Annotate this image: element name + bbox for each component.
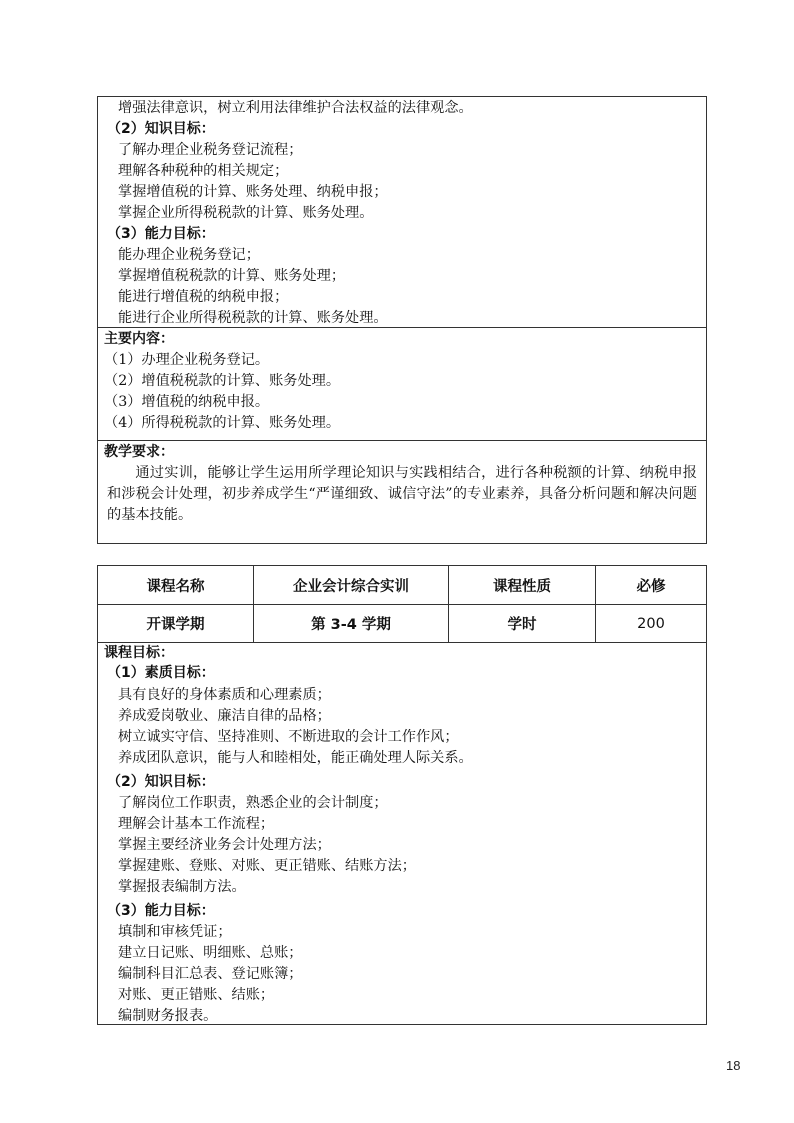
main-content-item: （3）增值税的纳税申报。: [104, 392, 700, 413]
objective-line: 增强法律意识，树立利用法律维护合法权益的法律观念。: [104, 98, 700, 119]
knowledge-item: 理解会计基本工作流程；: [104, 814, 700, 835]
course-objectives-heading: 课程目标：: [104, 643, 700, 663]
ability-item: 建立日记账、明细账、总账；: [104, 943, 700, 964]
teaching-requirements-cell: 教学要求： 通过实训，能够让学生运用所学理论知识与实践相结合，进行各种税额的计算…: [98, 440, 706, 543]
main-content-item: （4）所得税税款的计算、账务处理。: [104, 413, 700, 434]
main-content-item: （1）办理企业税务登记。: [104, 350, 700, 371]
main-content-heading: 主要内容：: [104, 329, 700, 350]
knowledge-item: 理解各种税种的相关规定；: [104, 161, 700, 182]
quality-item: 树立诚实守信、坚持准则、不断进取的会计工作作风；: [104, 727, 700, 748]
ability-item: 能办理企业税务登记；: [104, 245, 700, 266]
hours-label: 学时: [448, 605, 595, 642]
knowledge-item: 了解办理企业税务登记流程；: [104, 140, 700, 161]
course-name-value: 企业会计综合实训: [253, 566, 448, 604]
ability-item: 编制财务报表。: [104, 1006, 700, 1027]
ability-heading: （3）能力目标：: [104, 898, 700, 922]
teaching-requirements-heading: 教学要求：: [104, 442, 700, 463]
knowledge-heading: （2）知识目标：: [104, 769, 700, 793]
semester-value: 第 3-4 学期: [253, 605, 448, 642]
ability-item: 能进行企业所得税税款的计算、账务处理。: [104, 308, 700, 329]
course-info-row-1: 课程名称 企业会计综合实训 课程性质 必修: [98, 566, 706, 604]
knowledge-item: 掌握主要经济业务会计处理方法；: [104, 835, 700, 856]
ability-item: 编制科目汇总表、登记账簿；: [104, 964, 700, 985]
semester-label: 开课学期: [98, 605, 253, 642]
objectives-continued-cell: 增强法律意识，树立利用法律维护合法权益的法律观念。 （2）知识目标： 了解办理企…: [98, 97, 706, 327]
knowledge-item: 了解岗位工作职责，熟悉企业的会计制度；: [104, 793, 700, 814]
main-content-item: （2）增值税税款的计算、账务处理。: [104, 371, 700, 392]
course-name-label: 课程名称: [98, 566, 253, 604]
quality-item: 养成爱岗敬业、廉洁自律的品格；: [104, 706, 700, 727]
hours-value: 200: [595, 605, 706, 642]
course-info-row-2: 开课学期 第 3-4 学期 学时 200: [98, 604, 706, 642]
knowledge-heading: （2）知识目标：: [104, 119, 700, 140]
quality-item: 具有良好的身体素质和心理素质；: [104, 685, 700, 706]
course-info-header: 课程名称 企业会计综合实训 课程性质 必修 开课学期 第 3-4 学期 学时 2…: [98, 566, 706, 642]
main-content-cell: 主要内容： （1）办理企业税务登记。 （2）增值税税款的计算、账务处理。 （3）…: [98, 327, 706, 440]
ability-item: 对账、更正错账、结账；: [104, 985, 700, 1006]
knowledge-item: 掌握增值税的计算、账务处理、纳税申报；: [104, 182, 700, 203]
ability-item: 能进行增值税的纳税申报；: [104, 287, 700, 308]
ability-heading: （3）能力目标：: [104, 224, 700, 245]
course-table-tax: 增强法律意识，树立利用法律维护合法权益的法律观念。 （2）知识目标： 了解办理企…: [97, 96, 707, 544]
course-table-accounting: 课程名称 企业会计综合实训 课程性质 必修 开课学期 第 3-4 学期 学时 2…: [97, 565, 707, 1025]
course-type-label: 课程性质: [448, 566, 595, 604]
ability-item: 掌握增值税税款的计算、账务处理；: [104, 266, 700, 287]
course-type-value: 必修: [595, 566, 706, 604]
teaching-requirements-text: 通过实训，能够让学生运用所学理论知识与实践相结合，进行各种税额的计算、纳税申报和…: [104, 463, 700, 526]
knowledge-item: 掌握企业所得税税款的计算、账务处理。: [104, 203, 700, 224]
quality-item: 养成团队意识，能与人和睦相处，能正确处理人际关系。: [104, 748, 700, 769]
knowledge-item: 掌握建账、登账、对账、更正错账、结账方法；: [104, 856, 700, 877]
course-objectives-cell: 课程目标： （1）素质目标： 具有良好的身体素质和心理素质； 养成爱岗敬业、廉洁…: [98, 642, 706, 1027]
ability-item: 填制和审核凭证；: [104, 922, 700, 943]
quality-heading: （1）素质目标：: [104, 663, 700, 685]
knowledge-item: 掌握报表编制方法。: [104, 877, 700, 898]
page-number: 18: [726, 1058, 740, 1073]
